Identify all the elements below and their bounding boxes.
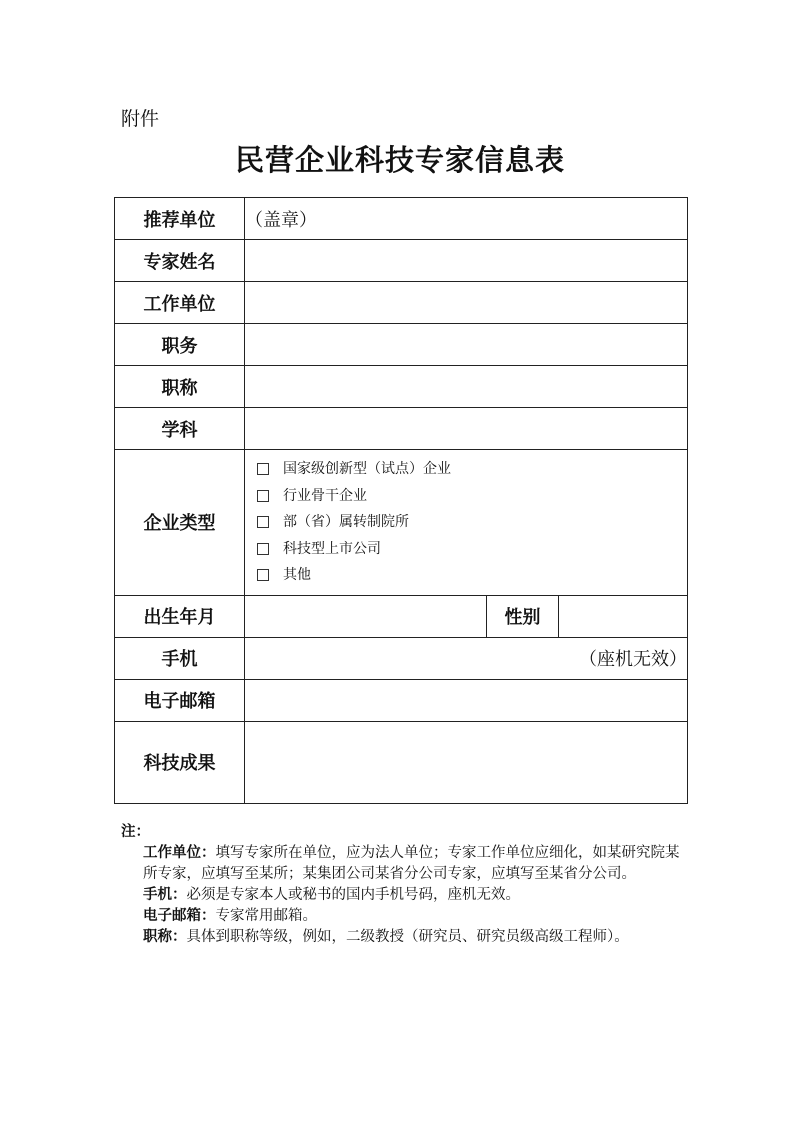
enterprise-type-options: 国家级创新型（试点）企业 行业骨干企业 部（省）属转制院所 科技型上市公司 其他 (245, 450, 688, 596)
option-label: 国家级创新型（试点）企业 (283, 456, 451, 483)
field-label: 学科 (115, 408, 245, 450)
field-label: 专家姓名 (115, 240, 245, 282)
checkbox-icon[interactable] (257, 569, 269, 581)
form-row-recommending-unit: 推荐单位 （盖章） (115, 198, 688, 240)
checkbox-icon[interactable] (257, 490, 269, 502)
form-row-position: 职务 (115, 324, 688, 366)
email-field[interactable] (245, 679, 688, 721)
field-label: 手机 (115, 637, 245, 679)
field-label: 出生年月 (115, 595, 245, 637)
option-label: 科技型上市公司 (283, 536, 381, 563)
checkbox-icon[interactable] (257, 543, 269, 555)
achievements-field[interactable] (245, 721, 688, 803)
discipline-field[interactable] (245, 408, 688, 450)
enterprise-type-option[interactable]: 国家级创新型（试点）企业 (257, 456, 687, 483)
recommending-unit-field[interactable]: （盖章） (245, 198, 688, 240)
field-label: 电子邮箱 (115, 679, 245, 721)
note-item: 电子邮箱：专家常用邮箱。 (143, 906, 691, 927)
position-field[interactable] (245, 324, 688, 366)
form-row-enterprise-type: 企业类型 国家级创新型（试点）企业 行业骨干企业 部（省）属转制院所 科技型上市… (115, 450, 688, 596)
enterprise-type-option[interactable]: 其他 (257, 562, 687, 589)
note-text: 专家常用邮箱。 (216, 908, 318, 924)
field-label: 企业类型 (115, 450, 245, 596)
note-text: 必须是专家本人或秘书的国内手机号码，座机无效。 (187, 887, 521, 903)
form-row-achievements: 科技成果 (115, 721, 688, 803)
gender-field[interactable] (559, 595, 688, 637)
enterprise-type-option[interactable]: 行业骨干企业 (257, 483, 687, 510)
note-term: 电子邮箱： (143, 908, 216, 924)
option-label: 其他 (283, 562, 311, 589)
note-term: 工作单位： (143, 845, 216, 861)
option-label: 部（省）属转制院所 (283, 509, 409, 536)
professional-title-field[interactable] (245, 366, 688, 408)
field-label: 职务 (115, 324, 245, 366)
form-row-mobile: 手机 （座机无效） (115, 637, 688, 679)
mobile-field[interactable]: （座机无效） (245, 637, 688, 679)
note-item: 工作单位：填写专家所在单位，应为法人单位；专家工作单位应细化，如某研究院某所专家… (143, 843, 691, 885)
form-row-expert-name: 专家姓名 (115, 240, 688, 282)
form-row-work-unit: 工作单位 (115, 282, 688, 324)
note-item: 职称：具体到职称等级，例如，二级教授（研究员、研究员级高级工程师）。 (143, 927, 691, 948)
attachment-label: 附件 (121, 104, 159, 131)
note-item: 手机：必须是专家本人或秘书的国内手机号码，座机无效。 (143, 885, 691, 906)
option-label: 行业骨干企业 (283, 483, 367, 510)
form-row-birth-gender: 出生年月 性别 (115, 595, 688, 637)
field-label: 性别 (487, 595, 559, 637)
checkbox-icon[interactable] (257, 463, 269, 475)
field-label: 工作单位 (115, 282, 245, 324)
info-form-table: 推荐单位 （盖章） 专家姓名 工作单位 职务 职称 学科 企业类型 国家级创新型… (114, 197, 688, 804)
enterprise-type-option[interactable]: 部（省）属转制院所 (257, 509, 687, 536)
page-title: 民营企业科技专家信息表 (0, 138, 800, 179)
enterprise-type-option[interactable]: 科技型上市公司 (257, 536, 687, 563)
form-row-discipline: 学科 (115, 408, 688, 450)
birth-date-field[interactable] (245, 595, 487, 637)
form-row-title: 职称 (115, 366, 688, 408)
work-unit-field[interactable] (245, 282, 688, 324)
note-text: 具体到职称等级，例如，二级教授（研究员、研究员级高级工程师）。 (187, 929, 629, 945)
notes-section: 注： 工作单位：填写专家所在单位，应为法人单位；专家工作单位应细化，如某研究院某… (121, 822, 691, 948)
notes-heading: 注： (121, 822, 691, 843)
form-row-email: 电子邮箱 (115, 679, 688, 721)
field-label: 推荐单位 (115, 198, 245, 240)
field-label: 科技成果 (115, 721, 245, 803)
checkbox-icon[interactable] (257, 516, 269, 528)
note-term: 手机： (143, 887, 187, 903)
note-term: 职称： (143, 929, 187, 945)
note-text: 填写专家所在单位，应为法人单位；专家工作单位应细化，如某研究院某所专家，应填写至… (143, 845, 680, 882)
expert-name-field[interactable] (245, 240, 688, 282)
field-label: 职称 (115, 366, 245, 408)
